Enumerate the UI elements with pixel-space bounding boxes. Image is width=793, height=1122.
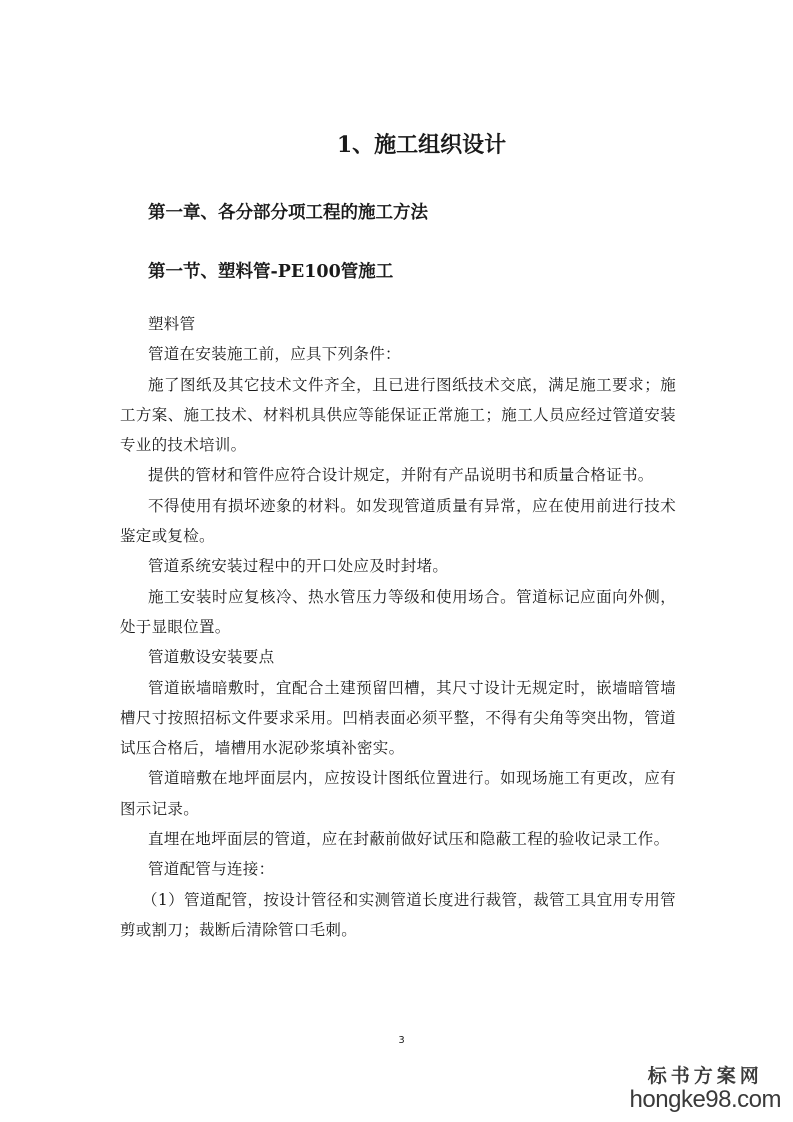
paragraph: 塑料管 [120,309,676,339]
section-heading: 第一节、塑料管-PE100管施工 [148,258,393,283]
paragraph: 管道嵌墙暗敷时，宜配合土建预留凹槽，其尺寸设计无规定时，嵌墙暗管墙槽尺寸按照招标… [120,673,676,764]
chapter-heading: 第一章、各分部分项工程的施工方法 [148,199,428,224]
paragraph: 管道配管与连接： [120,854,676,884]
document-page: 1、施工组织设计 第一章、各分部分项工程的施工方法 第一节、塑料管-PE100管… [0,0,793,1122]
watermark-logo: 标书方案网 hongke98.com [630,1061,781,1112]
page-number: 3 [0,1035,793,1046]
document-title: 1、施工组织设计 [0,128,793,159]
paragraph: 管道敷设安装要点 [120,642,676,672]
paragraph: 管道在安装施工前，应具下列条件： [120,339,676,369]
paragraph: （1）管道配管，按设计管径和实测管道长度进行裁管，裁管工具宜用专用管剪或割刀；裁… [120,885,676,946]
paragraph: 提供的管材和管件应符合设计规定，并附有产品说明书和质量合格证书。 [120,460,676,490]
paragraph: 不得使用有损坏迹象的材料。如发现管道质量有异常，应在使用前进行技术鉴定或复检。 [120,491,676,552]
watermark-url: hongke98.com [630,1088,781,1112]
body-text: 塑料管 管道在安装施工前，应具下列条件： 施了图纸及其它技术文件齐全，且已进行图… [120,309,676,945]
paragraph: 施工安装时应复核冷、热水管压力等级和使用场合。管道标记应面向外侧，处于显眼位置。 [120,582,676,643]
paragraph: 管道暗敷在地坪面层内，应按设计图纸位置进行。如现场施工有更改，应有图示记录。 [120,763,676,824]
paragraph: 直埋在地坪面层的管道，应在封蔽前做好试压和隐蔽工程的验收记录工作。 [120,824,676,854]
paragraph: 施了图纸及其它技术文件齐全，且已进行图纸技术交底，满足施工要求；施工方案、施工技… [120,370,676,461]
watermark-name: 标书方案网 [630,1061,781,1088]
paragraph: 管道系统安装过程中的开口处应及时封堵。 [120,551,676,581]
